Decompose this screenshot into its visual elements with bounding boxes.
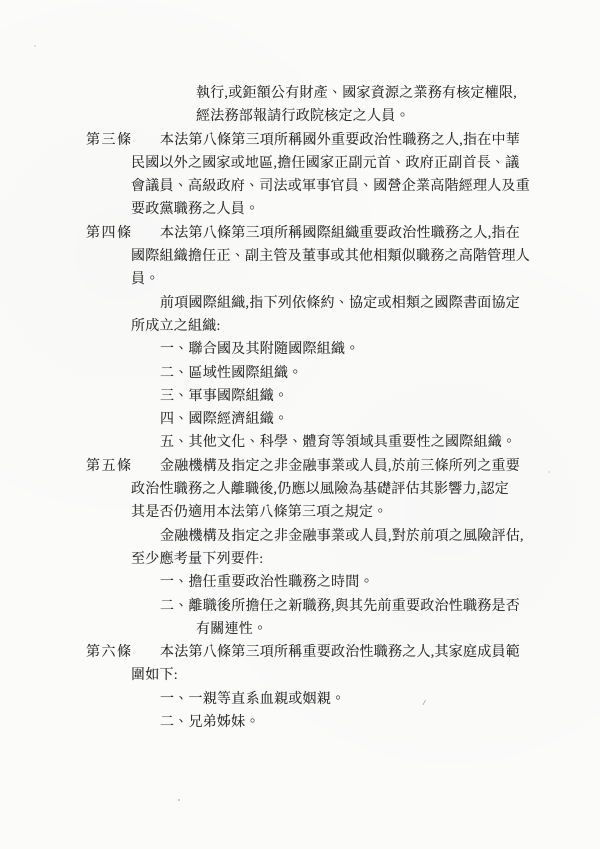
doc-line: 金融機構及指定之非金融事業或人員,對於前項之風險評估, (160, 525, 600, 548)
scan-speckle-dot (178, 799, 180, 801)
doc-line: 四、國際經濟組織。 (160, 408, 600, 431)
doc-line: 一、擔任重要政治性職務之時間。 (160, 571, 600, 594)
doc-line: 執行,或鉅額公有財產、國家資源之業務有核定權限, (196, 82, 600, 105)
doc-line: 二、區域性國際組織。 (160, 362, 600, 385)
doc-line: 圍如下: (131, 664, 600, 687)
doc-line: 一、聯合國及其附隨國際組織。 (160, 338, 600, 361)
article-number-label: 第三條 (86, 129, 160, 152)
doc-line: 二、兄弟姊妹。 (160, 711, 600, 734)
article-body-text: 本法第八條第三項所稱國際組織重要政治性職務之人,指在 (160, 226, 520, 241)
doc-line: 五、其他文化、科學、體育等領域具重要性之國際組織。 (160, 431, 600, 454)
doc-line: 至少應考量下列要件: (131, 548, 600, 571)
doc-line: 二、離職後所擔任之新職務,與其先前重要政治性職務是否 (160, 595, 600, 618)
article-body-text: 本法第八條第三項所稱重要政治性職務之人,其家庭成員範 (160, 645, 520, 660)
doc-line: 民國以外之國家或地區,擔任國家正副元首、政府正副首長、議 (131, 152, 600, 175)
doc-line: 經法務部報請行政院核定之人員。 (196, 105, 600, 128)
doc-line: 員。 (131, 268, 600, 291)
doc-line: 要政黨職務之人員。 (131, 198, 600, 221)
article-number-label: 第五條 (86, 455, 160, 478)
article-4-heading-line: 第四條本法第八條第三項所稱國際組織重要政治性職務之人,指在 (86, 222, 600, 245)
scan-speckle-dot (34, 45, 36, 47)
doc-line: 會議員、高級政府、司法或軍事官員、國營企業高階經理人及重 (131, 175, 600, 198)
article-number-label: 第四條 (86, 222, 160, 245)
doc-line: 一、一親等直系血親或姻親。 (160, 688, 600, 711)
doc-line: 三、軍事國際組織。 (160, 385, 600, 408)
article-number-label: 第六條 (86, 641, 160, 664)
article-body-text: 本法第八條第三項所稱國外重要政治性職務之人,指在中華 (160, 133, 520, 148)
doc-line: 前項國際組織,指下列依條約、協定或相類之國際書面協定 (160, 292, 600, 315)
article-6-heading-line: 第六條本法第八條第三項所稱重要政治性職務之人,其家庭成員範 (86, 641, 600, 664)
doc-line: 國際組織擔任正、副主管及董事或其他相類似職務之高階管理人 (131, 245, 600, 268)
doc-line: 政治性職務之人離職後,仍應以風險為基礎評估其影響力,認定 (131, 478, 600, 501)
document-text-block: 執行,或鉅額公有財產、國家資源之業務有核定權限, 經法務部報請行政院核定之人員。… (0, 82, 600, 734)
article-3-heading-line: 第三條本法第八條第三項所稱國外重要政治性職務之人,指在中華 (86, 129, 600, 152)
article-body-text: 金融機構及指定之非金融事業或人員,於前三條所列之重要 (160, 459, 520, 474)
doc-line: 其是否仍適用本法第八條第三項之規定。 (131, 501, 600, 524)
doc-line: 所成立之組織: (131, 315, 600, 338)
doc-line: 有關連性。 (196, 618, 600, 641)
article-5-heading-line: 第五條金融機構及指定之非金融事業或人員,於前三條所列之重要 (86, 455, 600, 478)
scan-speckle-dot (548, 471, 550, 473)
